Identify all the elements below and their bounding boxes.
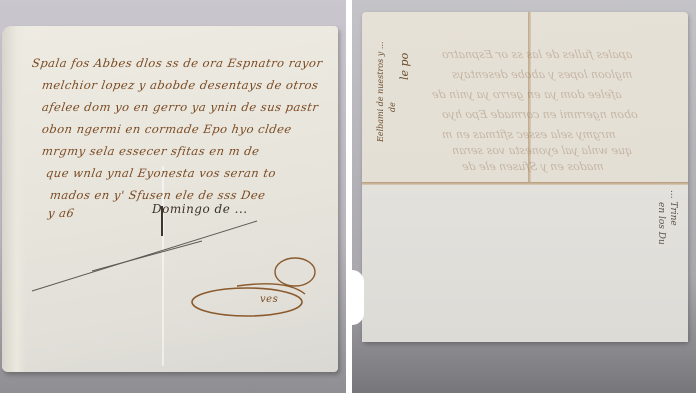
bleed-through-line: mados en y Sfusen ele de <box>461 160 604 173</box>
handwritten-line: mrgmy sela essecer sfitas en m de <box>41 144 260 158</box>
handwritten-line: Spala fos Abbes dlos ss de ora Espnatro … <box>31 56 324 70</box>
paper-tear <box>352 270 364 325</box>
bleed-through-line: obon ngernmi en cormade Epo hyo <box>441 108 638 121</box>
bleed-through-line: mrgmy sela essec sfitmas en m <box>441 128 616 141</box>
endorsement-note-right: en los Du <box>656 202 666 245</box>
handwritten-line: afelee dom yo en gerro ya ynin de sus pa… <box>41 100 319 114</box>
bleed-through-line: que wnla yal eyonesta vos seran <box>451 144 633 157</box>
endorsement-note: de <box>388 102 397 112</box>
handwritten-line: que wnla ynal Eyonesta vos seran to <box>45 166 277 180</box>
bleed-through-line: afelee dom ya en gerro ya ynin de <box>431 88 622 101</box>
lower-fold <box>362 185 688 342</box>
bleed-through-line: apales fulles de las ss or Espnatro <box>441 48 633 61</box>
bleed-through-line: mgloon lopes y abobe desentays <box>451 68 633 81</box>
verso-photo-panel: apales fulles de las ss or Espnatro mglo… <box>352 0 696 393</box>
endorsement-note-right: ... Trine <box>668 190 678 226</box>
signature-two: ves <box>260 294 278 305</box>
letter-recto-sheet: Spala fos Abbes dlos ss de ora Espnatro … <box>2 26 338 372</box>
handwritten-line: obon ngermi en cormade Epo hyo cldee <box>41 122 293 136</box>
handwritten-line: melchior lopez y abobde desentays de otr… <box>41 78 319 92</box>
recto-photo-panel: Spala fos Abbes dlos ss de ora Espnatro … <box>0 0 346 393</box>
endorsement-note: le po <box>398 53 411 80</box>
rubric-flourish <box>187 254 327 324</box>
endorsement-note: Eelbami de nuestros y ... <box>376 42 385 142</box>
letter-verso-sheet: apales fulles de las ss or Espnatro mglo… <box>362 12 688 342</box>
